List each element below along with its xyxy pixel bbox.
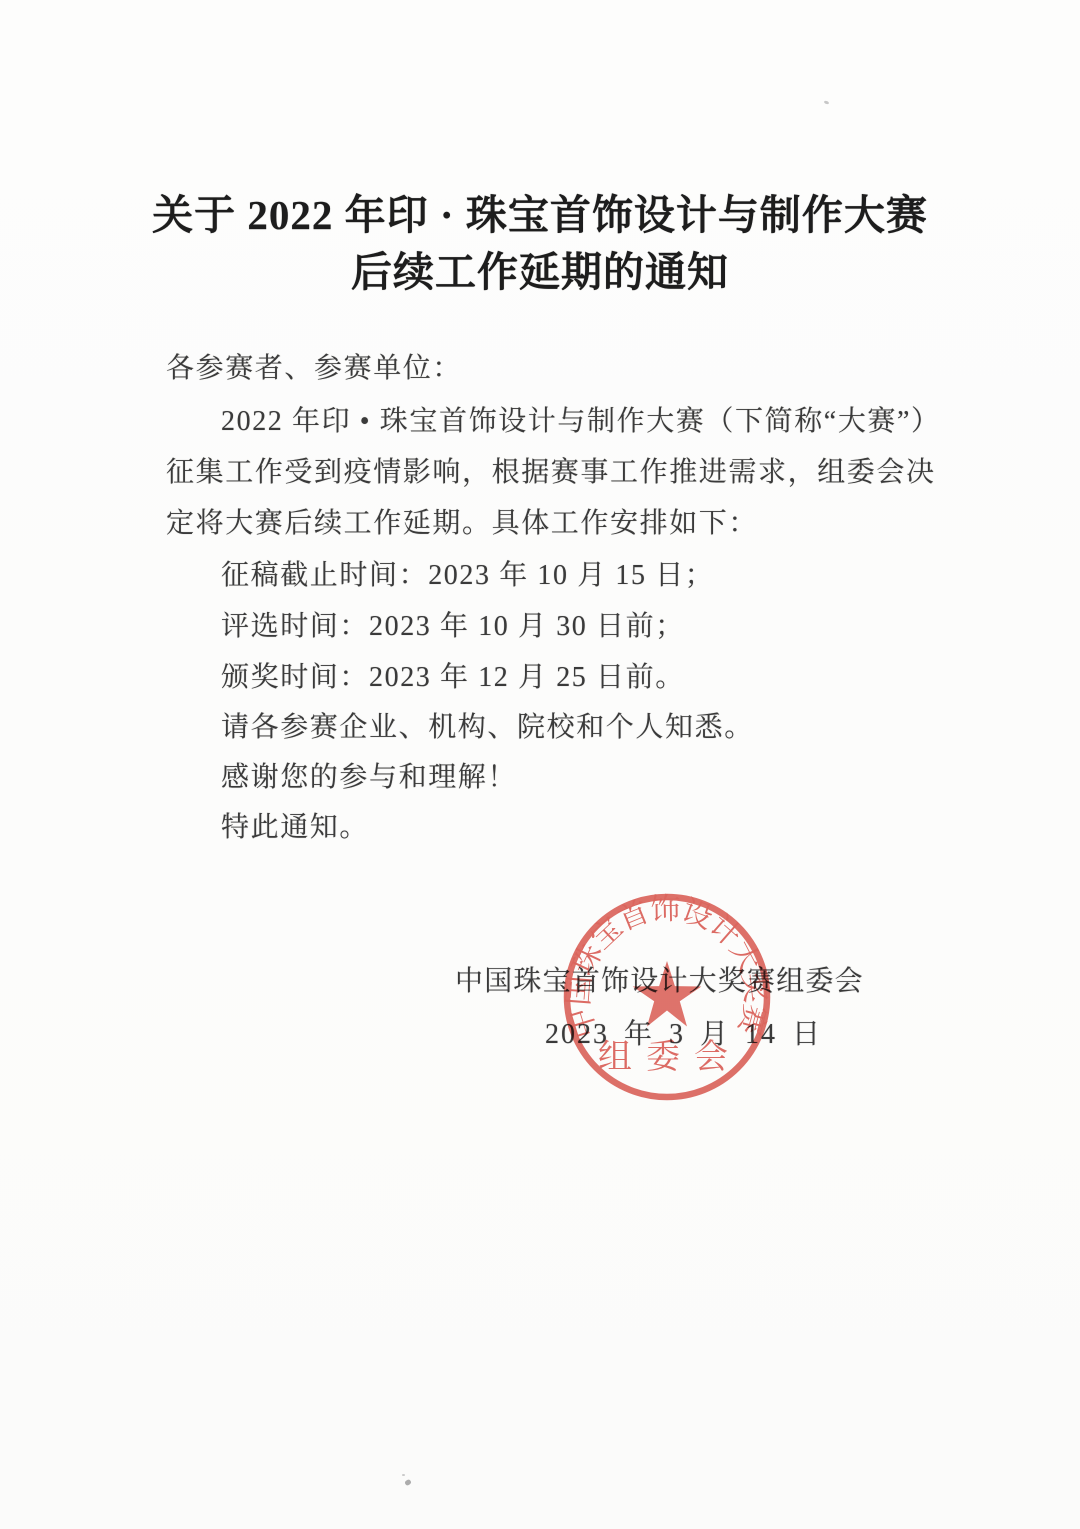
- scan-artifact: [404, 1479, 412, 1487]
- official-seal-stamp: 中国珠宝首饰设计大奖赛 组委会: [556, 886, 778, 1108]
- schedule-line-submission-deadline: 征稿截止时间：2023 年 10 月 15 日；: [221, 553, 714, 593]
- closing-line: 请各参赛企业、机构、院校和个人知悉。: [221, 705, 754, 745]
- body-line: 2022 年印 • 珠宝首饰设计与制作大赛（下简称“大赛”）: [221, 399, 941, 439]
- notice-document-page: 关于 2022 年印 · 珠宝首饰设计与制作大赛 后续工作延期的通知 各参赛者、…: [0, 0, 1080, 1529]
- star-icon: [633, 961, 702, 1027]
- closing-line: 感谢您的参与和理解！: [221, 755, 517, 795]
- scan-artifact: [824, 100, 830, 105]
- document-title-line2: 后续工作延期的通知: [0, 239, 1080, 298]
- body-line: 定将大赛后续工作延期。具体工作安排如下：: [166, 501, 758, 541]
- salutation-line: 各参赛者、参赛单位：: [166, 346, 462, 386]
- closing-line: 特此通知。: [221, 805, 369, 845]
- schedule-line-award-time: 颁奖时间：2023 年 12 月 25 日前。: [221, 655, 685, 695]
- scan-artifact: [402, 1474, 405, 1476]
- body-line: 征集工作受到疫情影响，根据赛事工作推进需求，组委会决: [166, 450, 936, 490]
- schedule-line-judging-time: 评选时间：2023 年 10 月 30 日前；: [221, 604, 685, 644]
- document-title-line1: 关于 2022 年印 · 珠宝首饰设计与制作大赛: [0, 182, 1080, 241]
- seal-bottom-text: 组委会: [598, 1038, 742, 1076]
